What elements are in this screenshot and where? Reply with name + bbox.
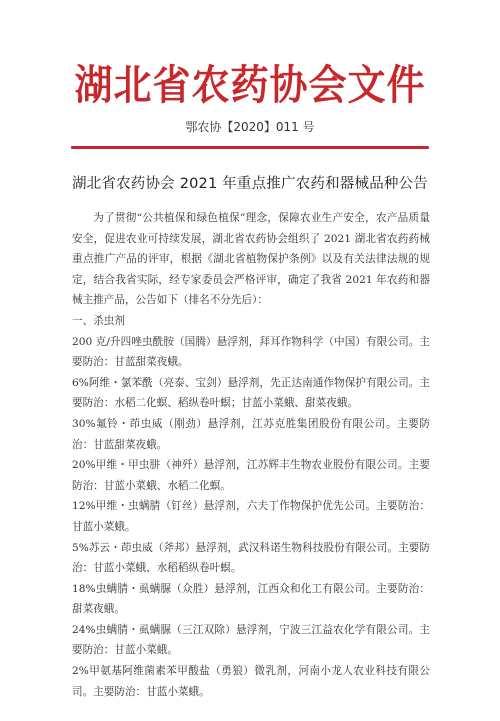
- product-entry: 5%苏云・茚虫威（斧邦）悬浮剂，武汉科诺生物科技股份有限公司。主要防治：甘蓝小菜…: [72, 538, 430, 579]
- product-entry: 6%阿维・氯苯酰（亮泰、宝剑）悬浮剂，先正达南通作物保护有限公司。主要防治：水稻…: [72, 373, 430, 414]
- section-heading-insecticides: 一、杀虫剂: [72, 311, 430, 332]
- product-entry: 18%虫螨腈・虱螨脲（众胜）悬浮剂，江西众和化工有限公司。主要防治：甜菜夜蛾。: [72, 579, 430, 620]
- product-entry: 12%甲维・虫螨腈（钉丝）悬浮剂，六夫丁作物保护优先公司。主要防治：甘蓝小菜蛾。: [72, 496, 430, 537]
- document-body: 为了贯彻“公共植保和绿色植保”理念，保障农业生产安全，农产品质量安全，促进农业可…: [72, 208, 430, 702]
- red-divider-line: [71, 146, 429, 149]
- masthead-title: 湖北省农药协会文件: [0, 58, 500, 112]
- document-page: 湖北省农药协会文件 鄂农协【2020】011 号 湖北省农药协会 2021 年重…: [0, 0, 500, 721]
- intro-paragraph: 为了贯彻“公共植保和绿色植保”理念，保障农业生产安全，农产品质量安全，促进农业可…: [72, 208, 430, 311]
- product-entry: 200 克/升四唑虫酰胺（国腾）悬浮剂，拜耳作物科学（中国）有限公司。主要防治：…: [72, 332, 430, 373]
- product-entry: 30%氟铃・茚虫威（刚劲）悬浮剂，江苏克胜集团股份有限公司。主要防治：甘蓝甜菜夜…: [72, 414, 430, 455]
- document-number: 鄂农协【2020】011 号: [0, 119, 500, 135]
- document-title: 湖北省农药协会 2021 年重点推广农药和器械品种公告: [0, 174, 500, 194]
- product-entry: 2%甲氨基阿维菌素苯甲酸盐（勇狼）微乳剂，河南小龙人农业科技有限公司。主要防治：…: [72, 661, 430, 702]
- product-entry: 20%甲维・甲虫肼（神歼）悬浮剂，江苏辉丰生物农业股份有限公司。主要防治：甘蓝小…: [72, 455, 430, 496]
- product-entry: 24%虫螨腈・虱螨脲（三江双除）悬浮剂，宁波三江益农化学有限公司。主要防治：甘蓝…: [72, 620, 430, 661]
